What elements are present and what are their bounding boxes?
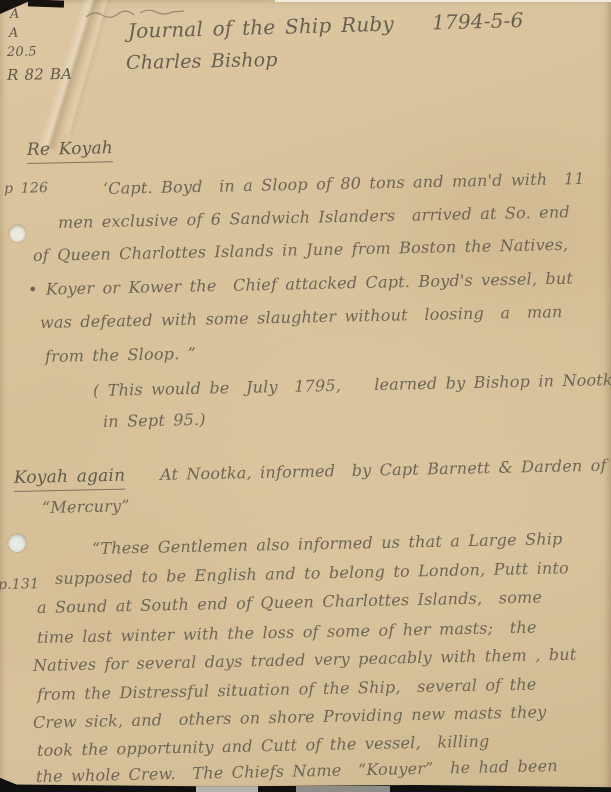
manuscript-line: Crew sick, and others on shore Providing… bbox=[33, 703, 547, 732]
manuscript-line: supposed to be English and to belong to … bbox=[55, 559, 569, 588]
manuscript-line: At Nootka, informed by Capt Barnett & Da… bbox=[160, 457, 607, 485]
page-ref: p.131 bbox=[0, 576, 39, 593]
hole-punch-top bbox=[9, 225, 26, 242]
manuscript-page: A A 20.5 R 82 BA Journal of the Ship Rub… bbox=[0, 0, 611, 792]
manuscript-line: was defeated with some slaughter without… bbox=[40, 303, 563, 332]
manuscript-line: “Mercury” bbox=[42, 497, 130, 517]
manuscript-line: • Koyer or Kower the Chief attacked Capt… bbox=[28, 270, 573, 300]
manuscript-line: men exclusive of 6 Sandwich Islanders ar… bbox=[58, 203, 570, 232]
manuscript-line: the whole Crew. The Chiefs Name “Kouyer”… bbox=[36, 757, 558, 786]
manuscript-line: from the Sloop. ” bbox=[45, 345, 196, 367]
archival-mark: R 82 BA bbox=[7, 66, 72, 84]
scan-edge-top bbox=[275, 0, 611, 2]
manuscript-line: a Sound at South end of Queen Charlottes… bbox=[37, 588, 542, 617]
archival-mark: 20.5 bbox=[7, 45, 37, 60]
hole-punch-bottom bbox=[8, 534, 26, 552]
manuscript-line: from the Distressful situation of the Sh… bbox=[37, 676, 537, 705]
archival-mark: A bbox=[10, 8, 20, 23]
section-heading: Re Koyah bbox=[27, 139, 113, 163]
scan-corner-mark bbox=[28, 0, 64, 8]
manuscript-line: ‘Capt. Boyd in a Sloop of 80 tons and ma… bbox=[103, 170, 585, 198]
section-heading: Koyah again bbox=[14, 467, 126, 492]
note-line: in Sept 95.) bbox=[103, 411, 206, 432]
scan-edge-patch bbox=[296, 786, 390, 792]
page-ref: p 126 bbox=[4, 180, 48, 197]
manuscript-line: took the opportunity and Cutt of the ves… bbox=[37, 733, 490, 761]
manuscript-line: time last winter with the loss of some o… bbox=[37, 619, 537, 648]
manuscript-line: “These Gentlemen also informed us that a… bbox=[92, 530, 563, 558]
paper-corner-cut bbox=[0, 775, 20, 786]
archival-mark: A bbox=[9, 27, 19, 42]
manuscript-line: Natives for several days traded very pea… bbox=[33, 646, 577, 676]
note-line: ( This would be July 1795, learned by Bi… bbox=[93, 371, 611, 400]
scan-edge-patch bbox=[196, 786, 258, 792]
doc-author: Charles Bishop bbox=[126, 50, 278, 75]
manuscript-line: of Queen Charlottes Islands in June from… bbox=[33, 236, 569, 266]
